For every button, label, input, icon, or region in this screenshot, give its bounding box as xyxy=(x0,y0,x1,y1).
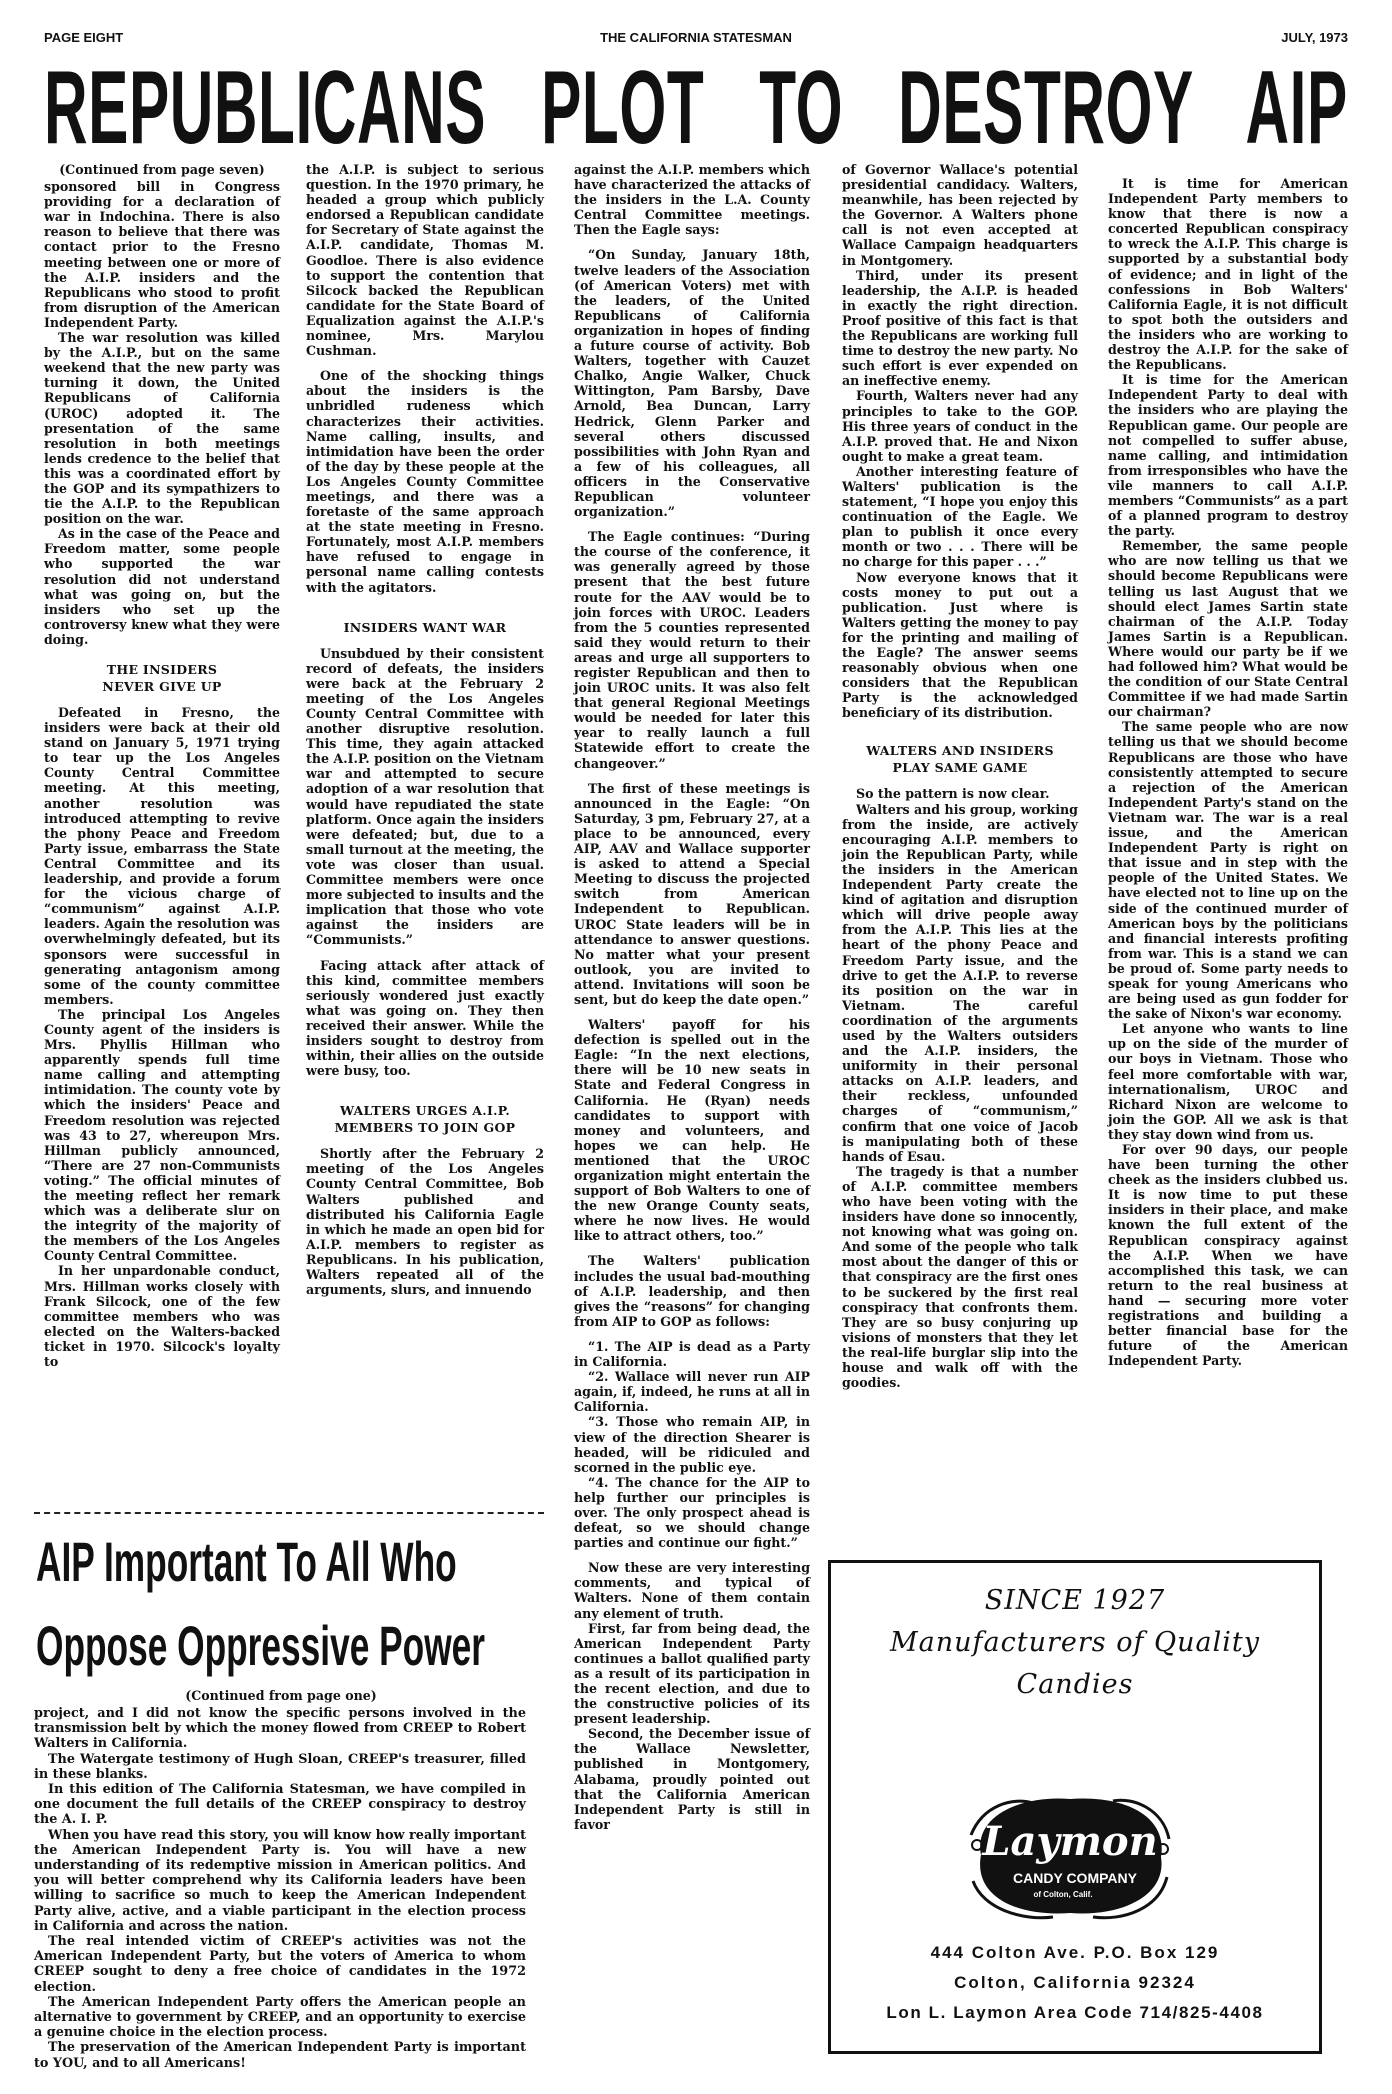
second-article-body: project, and I did not know the specific… xyxy=(34,1706,526,2071)
ad-since: SINCE 1927 xyxy=(831,1585,1319,1616)
masthead: PAGE EIGHT THE CALIFORNIA STATESMAN JULY… xyxy=(44,30,1348,46)
paragraph: The preservation of the American Indepen… xyxy=(34,2040,526,2070)
candy-company-advertisement: SINCE 1927 Manufacturers of Quality Cand… xyxy=(828,1560,1322,2054)
ad-city: Colton, California 92324 xyxy=(831,1973,1319,1993)
section-heading: THE INSIDERSNEVER GIVE UP xyxy=(44,661,280,695)
paragraph: The Walters' publication includes the us… xyxy=(574,1253,810,1328)
newspaper-name: THE CALIFORNIA STATESMAN xyxy=(44,30,1348,45)
paragraph: Unsubdued by their consistent record of … xyxy=(306,646,544,948)
paragraph: Let anyone who wants to line up on the s… xyxy=(1108,1021,1348,1142)
main-headline: REPUBLICANS PLOT TO DESTROY AIP xyxy=(44,52,1348,164)
svg-text:of Colton, Calif.: of Colton, Calif. xyxy=(1033,1890,1092,1899)
ad-address: 444 Colton Ave. P.O. Box 129 xyxy=(831,1943,1319,1963)
reason-item-3: “3. Those who remain AIP, in view of the… xyxy=(574,1414,810,1474)
paragraph: of Governor Wallace's potential presiden… xyxy=(842,162,1078,268)
reason-item-1: “1. The AIP is dead as a Party in Califo… xyxy=(574,1339,810,1369)
continued-note: (Continued from page one) xyxy=(36,1688,526,1703)
paragraph: When you have read this story, you will … xyxy=(34,1828,526,1934)
ad-tagline: Manufacturers of Quality xyxy=(831,1627,1319,1658)
paragraph: Another interesting feature of Walters' … xyxy=(842,464,1078,570)
laymon-logo-icon: Laymon CANDY COMPANY of Colton, Calif. xyxy=(963,1785,1177,1925)
paragraph: So the pattern is now clear. xyxy=(842,786,1078,801)
paragraph: As in the case of the Peace and Freedom … xyxy=(44,526,280,647)
paragraph: In her unpardonable conduct, Mrs. Hillma… xyxy=(44,1263,280,1369)
svg-text:CANDY COMPANY: CANDY COMPANY xyxy=(1013,1870,1138,1886)
paragraph: Defeated in Fresno, the insiders were ba… xyxy=(44,705,280,1007)
quote-paragraph: “On Sunday, January 18th, twelve leaders… xyxy=(574,247,810,519)
paragraph: project, and I did not know the specific… xyxy=(34,1706,526,1752)
paragraph: For over 90 days, our people have been t… xyxy=(1108,1142,1348,1368)
issue-date: JULY, 1973 xyxy=(1281,30,1348,45)
paragraph: Facing attack after attack of this kind,… xyxy=(306,958,544,1079)
paragraph: Remember, the same people who are now te… xyxy=(1108,538,1348,719)
paragraph: It is time for the American Independent … xyxy=(1108,372,1348,538)
paragraph: The same people who are now telling us t… xyxy=(1108,719,1348,1021)
paragraph: The American Independent Party offers th… xyxy=(34,1995,526,2041)
svg-text:Laymon: Laymon xyxy=(981,1818,1157,1865)
paragraph: Shortly after the February 2 meeting of … xyxy=(306,1146,544,1297)
section-heading: INSIDERS WANT WAR xyxy=(306,619,544,636)
paragraph: The Watergate testimony of Hugh Sloan, C… xyxy=(34,1752,526,1782)
paragraph: The tragedy is that a number of A.I.P. c… xyxy=(842,1164,1078,1390)
paragraph: Walters and his group, working from the … xyxy=(842,802,1078,1164)
paragraph: It is time for American Independent Part… xyxy=(1108,176,1348,372)
reason-item-2: “2. Wallace will never run AIP again, if… xyxy=(574,1369,810,1414)
paragraph: Third, under its present leadership, the… xyxy=(842,268,1078,389)
ad-contact: Lon L. Laymon Area Code 714/825-4408 xyxy=(831,2003,1319,2023)
paragraph: Second, the December issue of the Wallac… xyxy=(574,1726,810,1832)
section-heading: WALTERS AND INSIDERSPLAY SAME GAME xyxy=(842,742,1078,776)
article-column-4: of Governor Wallace's potential presiden… xyxy=(842,162,1078,1390)
section-divider xyxy=(34,1512,544,1514)
paragraph: The war resolution was killed by the A.I… xyxy=(44,330,280,526)
paragraph: The first of these meetings is announced… xyxy=(574,781,810,1007)
paragraph: Walters' payoff for his defection is spe… xyxy=(574,1017,810,1243)
article-column-1: (Continued from page seven) sponsored bi… xyxy=(44,162,280,1369)
second-article-headline: AIP Important To All Who Oppose Oppressi… xyxy=(36,1520,729,1688)
section-heading: WALTERS URGES A.I.P.MEMBERS TO JOIN GOP xyxy=(306,1102,544,1136)
paragraph: Now everyone knows that it costs money t… xyxy=(842,570,1078,721)
paragraph: the A.I.P. is subject to serious questio… xyxy=(306,162,544,358)
paragraph: against the A.I.P. members which have ch… xyxy=(574,162,810,237)
ad-tagline-2: Candies xyxy=(831,1669,1319,1700)
paragraph: The real intended victim of CREEP's acti… xyxy=(34,1934,526,1995)
paragraph: sponsored bill in Congress providing for… xyxy=(44,179,280,330)
paragraph: One of the shocking things about the ins… xyxy=(306,368,544,594)
paragraph: Fourth, Walters never had any principles… xyxy=(842,388,1078,463)
paragraph: In this edition of The California States… xyxy=(34,1782,526,1828)
article-column-5: It is time for American Independent Part… xyxy=(1108,162,1348,1368)
paragraph: The principal Los Angeles County agent o… xyxy=(44,1007,280,1264)
paragraph: The Eagle continues: “During the course … xyxy=(574,529,810,771)
continued-note: (Continued from page seven) xyxy=(44,162,280,177)
article-column-2: the A.I.P. is subject to serious questio… xyxy=(306,162,544,1297)
